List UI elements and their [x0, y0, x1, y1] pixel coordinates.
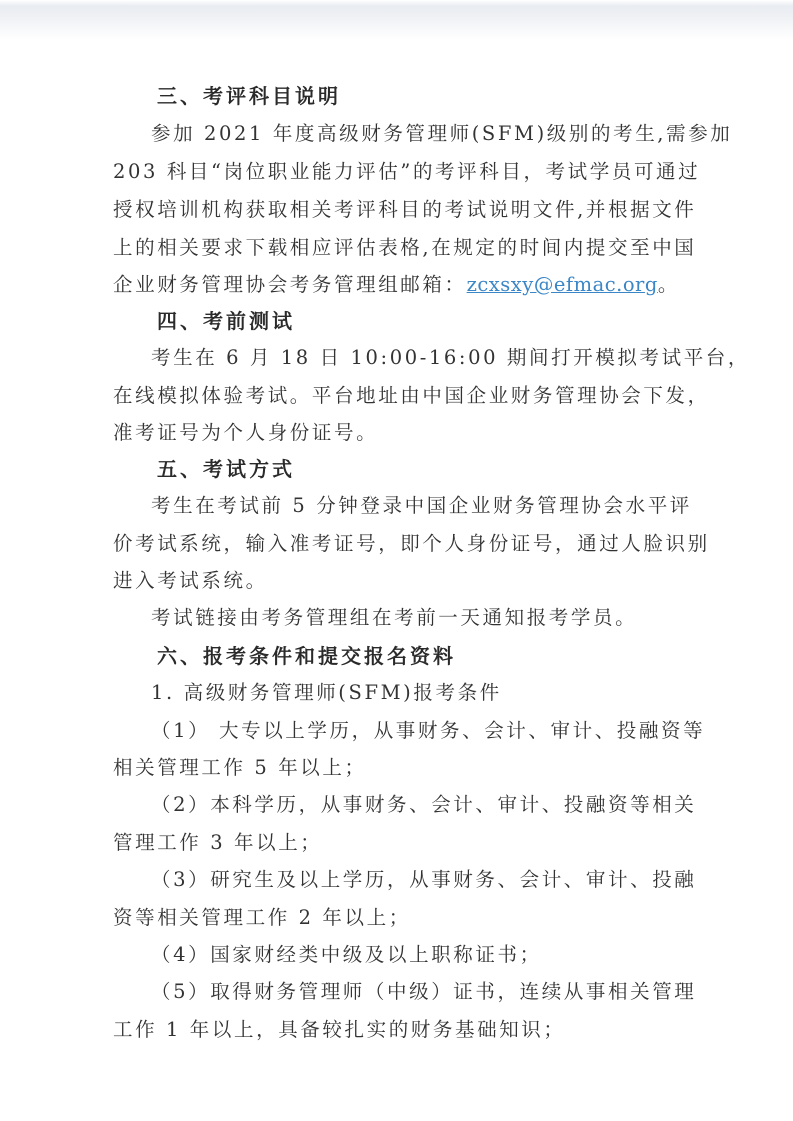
paragraph-line: 授权培训机构获取相关考评科目的考试说明文件,并根据文件	[113, 198, 696, 222]
paragraph-line: 203 科目“岗位职业能力评估”的考评科目，考试学员可通过	[113, 160, 700, 184]
requirement-item-4: （4）国家财经类中级及以上职称证书；	[151, 943, 542, 967]
paragraph-line: 考生在 6 月 18 日 10:00-16:00 期间打开模拟考试平台，	[151, 346, 750, 370]
requirement-item-2: （2）本科学历，从事财务、会计、审计、投融资等相关	[151, 793, 696, 817]
paragraph-line: 准考证号为个人身份证号。	[113, 421, 378, 445]
paragraph-line: 价考试系统，输入准考证号，即个人身份证号，通过人脸识别	[113, 532, 710, 556]
subheading-sfm-requirements: 1. 高级财务管理师(SFM)报考条件	[151, 681, 502, 705]
paragraph-line: 上的相关要求下载相应评估表格,在规定的时间内提交至中国	[113, 236, 696, 260]
paragraph-line: 参加 2021 年度高级财务管理师(SFM)级别的考生,需参加	[151, 122, 732, 146]
section-heading-exam-subject: 三、考评科目说明	[157, 84, 341, 108]
paragraph-line: 考试链接由考务管理组在考前一天通知报考学员。	[151, 606, 637, 630]
email-label: 企业财务管理协会考务管理组邮箱：	[113, 273, 467, 296]
requirement-item-1: （1） 大专以上学历，从事财务、会计、审计、投融资等	[151, 719, 705, 743]
requirement-item-3-cont: 资等相关管理工作 2 年以上；	[113, 906, 411, 930]
requirement-item-1-cont: 相关管理工作 5 年以上；	[113, 756, 367, 780]
email-link[interactable]: zcxsxy@efmac.org	[467, 273, 658, 296]
paragraph-line: 进入考试系统。	[113, 569, 268, 593]
section-heading-pre-exam-test: 四、考前测试	[157, 309, 295, 333]
section-heading-exam-method: 五、考试方式	[157, 457, 295, 481]
requirement-item-5-cont: 工作 1 年以上，具备较扎实的财务基础知识；	[113, 1018, 566, 1042]
scan-edge-shading	[0, 0, 793, 40]
requirement-item-3: （3）研究生及以上学历，从事财务、会计、审计、投融	[151, 868, 696, 892]
paragraph-line-email: 企业财务管理协会考务管理组邮箱：zcxsxy@efmac.org。	[113, 273, 680, 297]
paragraph-line: 考生在考试前 5 分钟登录中国企业财务管理协会水平评	[151, 494, 692, 518]
requirement-item-5: （5）取得财务管理师（中级）证书，连续从事相关管理	[151, 980, 696, 1004]
section-heading-requirements: 六、报考条件和提交报名资料	[157, 644, 456, 668]
paragraph-line: 在线模拟体验考试。平台地址由中国企业财务管理协会下发，	[113, 384, 710, 408]
requirement-item-2-cont: 管理工作 3 年以上；	[113, 831, 322, 855]
period: 。	[658, 273, 680, 296]
